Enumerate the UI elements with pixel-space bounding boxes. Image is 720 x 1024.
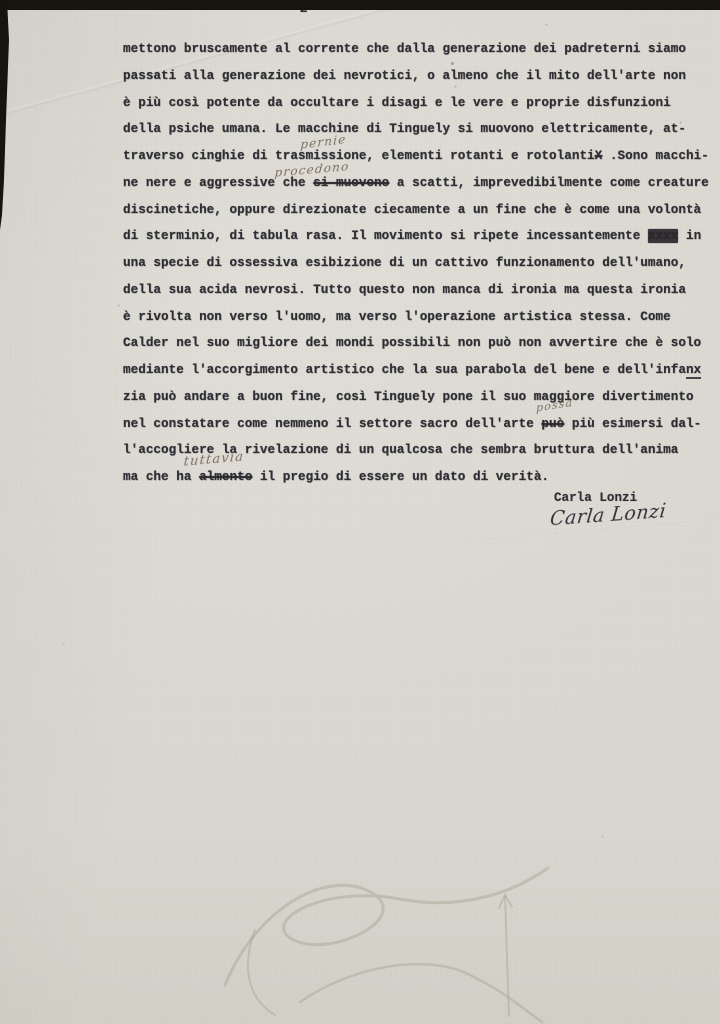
typed-segment: nel constatare come nemmeno il settore s… <box>123 417 541 431</box>
typed-line: una specie di ossessiva esibizione di un… <box>123 250 720 277</box>
typed-line: ma che ha almento il pregio di essere un… <box>123 464 720 491</box>
typed-line: mettono bruscamente al corrente che dall… <box>123 36 720 63</box>
scanned-page: -2- mettono bruscamente al corrente che … <box>0 0 720 1024</box>
typed-line: passati alla generazione dei nevrotici, … <box>123 63 720 90</box>
typed-segment: ne nere e aggressive che <box>123 176 313 190</box>
typed-line: della sua acida nevrosi. Tutto questo no… <box>123 277 720 304</box>
typed-segment: passati alla generazione dei nevrotici, … <box>123 69 686 83</box>
typed-segment: Calder nel suo migliore dei mondi possib… <box>123 336 701 350</box>
typed-segment-blackout: xxxx <box>648 229 678 243</box>
typed-segment-underline: nx <box>686 363 701 379</box>
typed-segment-struck: almento <box>199 470 252 484</box>
typed-line: ne nere e aggressive che si muovono a sc… <box>123 170 720 197</box>
typed-line: zia può andare a buon fine, così Tinguel… <box>123 384 720 411</box>
typed-segment: l'accogliere la rivelazione di un qualco… <box>123 443 678 457</box>
paper-crease-right <box>420 515 720 545</box>
typed-line: della psiche umana. Le macchine di Tingu… <box>123 116 720 143</box>
typed-segment-struck: si muovono <box>313 176 389 190</box>
typed-segment: della sua acida nevrosi. Tutto questo no… <box>123 283 686 297</box>
typed-line: di sterminio, di tabula rasa. Il movimen… <box>123 223 720 250</box>
typed-segment: zia può andare a buon fine, così Tinguel… <box>123 390 694 404</box>
typed-segment: .Sono macchi- <box>602 149 709 163</box>
typed-segment: discinetiche, oppure direzionate ciecame… <box>123 203 701 217</box>
typed-segment: è rivolta non verso l'uomo, ma verso l'o… <box>123 310 671 324</box>
typed-segment: a scatti, imprevedibilmente come creatur… <box>389 176 709 190</box>
typed-segment: mettono bruscamente al corrente che dall… <box>123 42 686 56</box>
typed-lines: mettono bruscamente al corrente che dall… <box>123 36 720 491</box>
typed-segment: è più così potente da occultare i disagi… <box>123 96 671 110</box>
typed-line: Calder nel suo migliore dei mondi possib… <box>123 330 720 357</box>
typed-line: mediante l'accorgimento artistico che la… <box>123 357 720 384</box>
typed-segment: più esimersi dal- <box>564 417 701 431</box>
typed-line: è rivolta non verso l'uomo, ma verso l'o… <box>123 304 720 331</box>
typed-segment: in <box>678 229 701 243</box>
typed-segment: il pregio di essere un dato di verità. <box>252 470 549 484</box>
typed-line: è più così potente da occultare i disagi… <box>123 90 720 117</box>
typed-segment: traverso cinghie di trasmissione, elemen… <box>123 149 595 163</box>
typed-signature-name: Carla Lonzi <box>554 491 637 505</box>
typed-segment: di sterminio, di tabula rasa. Il movimen… <box>123 229 648 243</box>
typed-segment-struck: può <box>541 417 564 431</box>
typed-line: traverso cinghie di trasmissione, elemen… <box>123 143 720 170</box>
typed-line: discinetiche, oppure direzionate ciecame… <box>123 197 720 224</box>
scan-left-edge <box>0 0 10 230</box>
typed-segment: ma che ha <box>123 470 199 484</box>
typed-segment: della psiche umana. Le macchine di Tingu… <box>123 122 686 136</box>
scan-top-edge <box>0 0 720 10</box>
typed-line: l'accogliere la rivelazione di un qualco… <box>123 437 720 464</box>
typed-segment: mediante l'accorgimento artistico che la… <box>123 363 686 377</box>
typed-line: nel constatare come nemmeno il settore s… <box>123 411 720 438</box>
typed-segment: una specie di ossessiva esibizione di un… <box>123 256 686 270</box>
